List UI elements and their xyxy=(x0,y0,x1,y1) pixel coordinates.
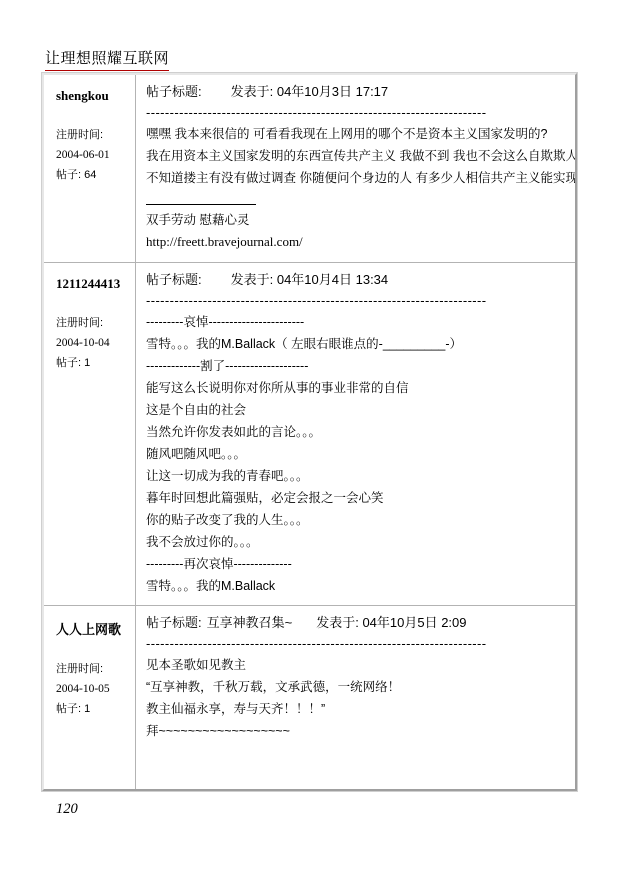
post-body-line: 不知道搂主有没有做过调查 你随便问个身边的人 有多少人相信共产主义能实现? xyxy=(146,167,571,189)
subject-title: 互享神教召集~ xyxy=(207,615,293,630)
forum-table: shengkou 注册时间: 2004-06-01 帖子: 64 帖子标题:发表… xyxy=(42,73,577,791)
registered-date: 2004-10-05 xyxy=(56,679,131,699)
post-header: 帖子标题:发表于: 04年10月3日 17:17 xyxy=(146,81,571,102)
subject-label: 帖子标题: xyxy=(146,272,202,287)
registered-label: 注册时间: xyxy=(56,125,131,145)
signature-divider xyxy=(146,204,256,205)
post-body-line: 嘿嘿 我本来很信的 可看看我现在上网用的哪个不是资本主义国家发明的? xyxy=(146,123,571,145)
post-row: 人人上网歌 注册时间: 2004-10-05 帖子: 1 帖子标题:互享神教召集… xyxy=(44,606,575,789)
post-body-line: 能写这么长说明你对你所从事的事业非常的自信 xyxy=(146,377,571,399)
post-body-line: -------------割了-------------------- xyxy=(146,355,571,377)
author-cell: 人人上网歌 注册时间: 2004-10-05 帖子: 1 xyxy=(44,606,136,789)
post-count: 帖子: 1 xyxy=(56,353,131,373)
registered-label: 注册时间: xyxy=(56,313,131,333)
post-body-line: 你的贴子改变了我的人生。。。 xyxy=(146,509,571,531)
author-meta: 注册时间: 2004-10-04 帖子: 1 xyxy=(56,313,131,373)
post-body-line: 拜~~~~~~~~~~~~~~~~~~ xyxy=(146,720,571,742)
posted-date: 发表于: 04年10月5日 2:09 xyxy=(316,615,466,630)
post-header: 帖子标题:发表于: 04年10月4日 13:34 xyxy=(146,269,571,290)
dashed-separator: ----------------------------------------… xyxy=(146,633,571,654)
page-title-text: 让理想照耀互联网 xyxy=(45,47,169,71)
post-body-line: 随风吧随风吧。。。 xyxy=(146,443,571,465)
post-body-line: 暮年时回想此篇强贴，必定会报之一会心笑 xyxy=(146,487,571,509)
page-number: 120 xyxy=(56,801,78,818)
signature-line: 双手劳动 慰藉心灵 xyxy=(146,209,571,231)
signature-url-link[interactable]: http://freett.bravejournal.com/ xyxy=(146,231,571,253)
dashed-separator: ----------------------------------------… xyxy=(146,290,571,311)
registered-date: 2004-10-04 xyxy=(56,333,131,353)
post-content-cell: 帖子标题:互享神教召集~发表于: 04年10月5日 2:09 ---------… xyxy=(136,606,575,789)
post-row: shengkou 注册时间: 2004-06-01 帖子: 64 帖子标题:发表… xyxy=(44,75,575,263)
post-content-cell: 帖子标题:发表于: 04年10月3日 17:17 ---------------… xyxy=(136,75,575,262)
post-body-line: 雪特。。。我的M.Ballack xyxy=(146,575,571,597)
author-cell: 1211244413 注册时间: 2004-10-04 帖子: 1 xyxy=(44,263,136,605)
post-body-line: 让这一切成为我的青春吧。。。 xyxy=(146,465,571,487)
post-row: 1211244413 注册时间: 2004-10-04 帖子: 1 帖子标题:发… xyxy=(44,263,575,606)
post-body-line: 当然允许你发表如此的言论。。。 xyxy=(146,421,571,443)
post-header: 帖子标题:互享神教召集~发表于: 04年10月5日 2:09 xyxy=(146,612,571,633)
author-cell: shengkou 注册时间: 2004-06-01 帖子: 64 xyxy=(44,75,136,262)
post-body-line: ---------哀悼----------------------- xyxy=(146,311,571,333)
posted-date: 发表于: 04年10月4日 13:34 xyxy=(231,272,389,287)
post-count: 帖子: 64 xyxy=(56,165,131,185)
author-name: 1211244413 xyxy=(56,276,131,292)
post-body-line: 雪特。。。我的M.Ballack（ 左眼右眼谁点的-_________-） xyxy=(146,333,571,355)
subject-label: 帖子标题: xyxy=(146,615,202,630)
post-count: 帖子: 1 xyxy=(56,699,131,719)
post-body-line: 我在用资本主义国家发明的东西宣传共产主义 我做不到 我也不会这么自欺欺人 xyxy=(146,145,571,167)
author-name: shengkou xyxy=(56,88,131,104)
post-body-line: 见本圣歌如见教主 xyxy=(146,654,571,676)
registered-label: 注册时间: xyxy=(56,659,131,679)
page-title: 让理想照耀互联网 xyxy=(45,47,169,71)
post-content-cell: 帖子标题:发表于: 04年10月4日 13:34 ---------------… xyxy=(136,263,575,605)
post-body-line: 这是个自由的社会 xyxy=(146,399,571,421)
post-body-line: ---------再次哀悼-------------- xyxy=(146,553,571,575)
post-body-line: 教主仙福永享，寿与天齐！！！” xyxy=(146,698,571,720)
post-body-line: “互享神教，千秋万载，文承武德，一统网络！ xyxy=(146,676,571,698)
subject-label: 帖子标题: xyxy=(146,84,202,99)
author-meta: 注册时间: 2004-06-01 帖子: 64 xyxy=(56,125,131,185)
post-body-line: 我不会放过你的。。。 xyxy=(146,531,571,553)
dashed-separator: ----------------------------------------… xyxy=(146,102,571,123)
posted-date: 发表于: 04年10月3日 17:17 xyxy=(231,84,389,99)
author-name: 人人上网歌 xyxy=(56,619,131,638)
author-meta: 注册时间: 2004-10-05 帖子: 1 xyxy=(56,659,131,719)
registered-date: 2004-06-01 xyxy=(56,145,131,165)
